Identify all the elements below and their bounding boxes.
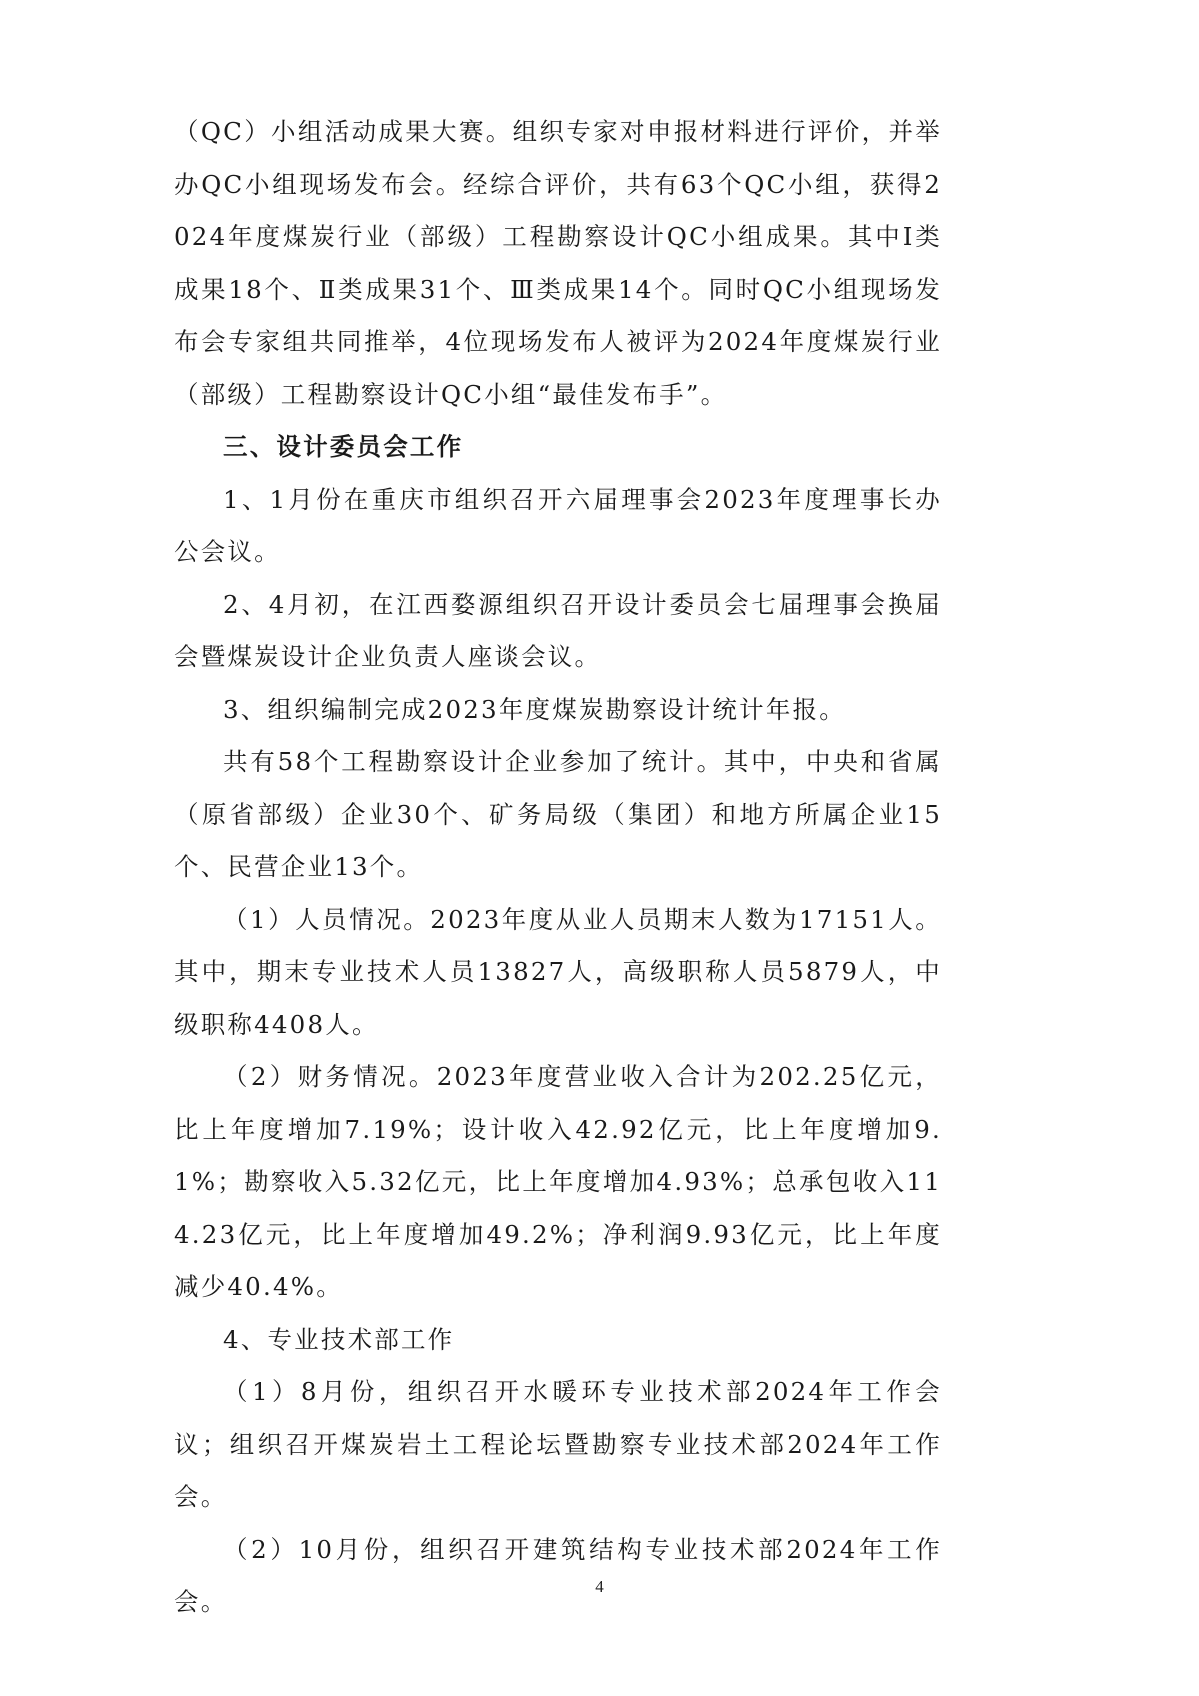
sub-item-4-2: （2）10月份，组织召开建筑结构专业技术部2024年工作会。 <box>174 1524 942 1629</box>
paragraph-qc-contest: （QC）小组活动成果大赛。组织专家对申报材料进行评价，并举办QC小组现场发布会。… <box>174 106 942 421</box>
paragraph-personnel: （1）人员情况。2023年度从业人员期末人数为17151人。其中，期末专业技术人… <box>174 894 942 1052</box>
sub-item-4-1: （1）8月份，组织召开水暖环专业技术部2024年工作会议；组织召开煤炭岩土工程论… <box>174 1366 942 1524</box>
page-number: 4 <box>0 1577 1199 1597</box>
section-heading: 三、设计委员会工作 <box>174 421 942 474</box>
list-item-2: 2、4月初，在江西婺源组织召开设计委员会七届理事会换届会暨煤炭设计企业负责人座谈… <box>174 579 942 684</box>
list-item-3: 3、组织编制完成2023年度煤炭勘察设计统计年报。 <box>174 684 942 737</box>
list-item-4: 4、专业技术部工作 <box>174 1314 942 1367</box>
document-body: （QC）小组活动成果大赛。组织专家对申报材料进行评价，并举办QC小组现场发布会。… <box>174 106 942 1629</box>
paragraph-statistics: 共有58个工程勘察设计企业参加了统计。其中，中央和省属（原省部级）企业30个、矿… <box>174 736 942 894</box>
paragraph-finance: （2）财务情况。2023年度营业收入合计为202.25亿元，比上年度增加7.19… <box>174 1051 942 1314</box>
list-item-1: 1、1月份在重庆市组织召开六届理事会2023年度理事长办公会议。 <box>174 474 942 579</box>
document-page: （QC）小组活动成果大赛。组织专家对申报材料进行评价，并举办QC小组现场发布会。… <box>0 0 1199 1696</box>
